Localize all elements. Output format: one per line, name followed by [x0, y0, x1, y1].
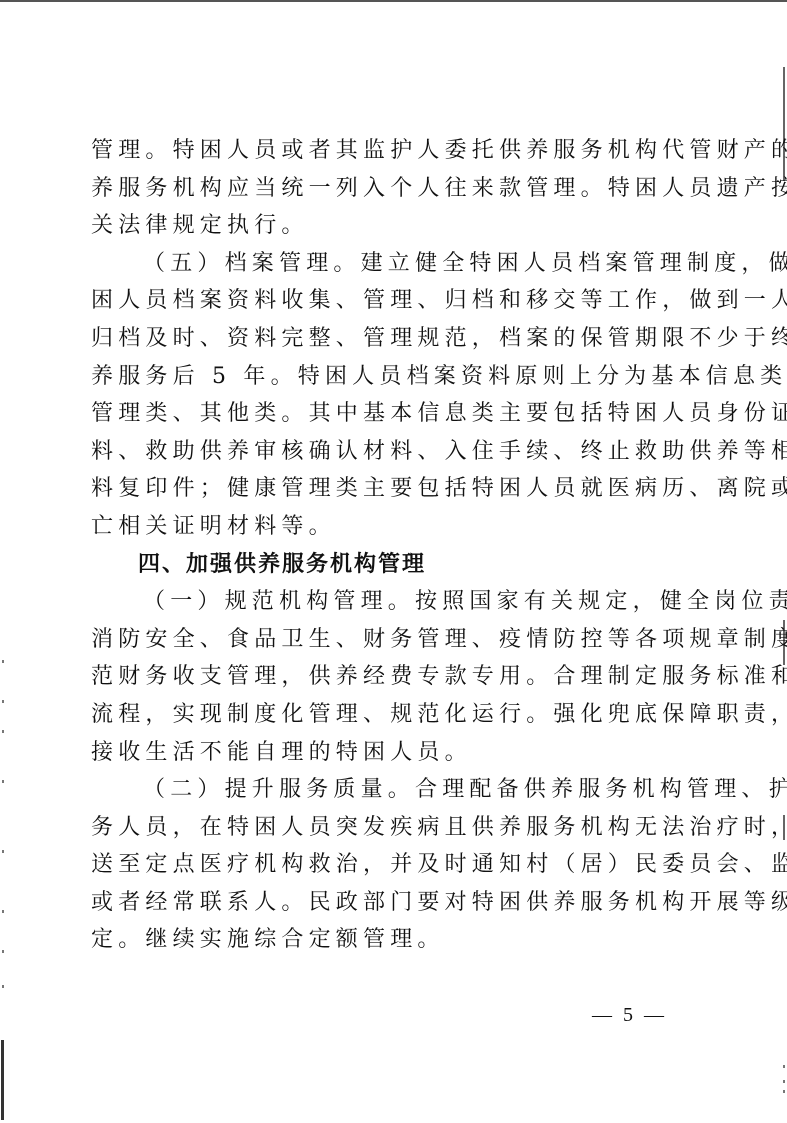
scan-top-edge — [0, 0, 787, 2]
scan-left-edge-dot — [2, 780, 4, 783]
scan-left-edge-dot — [2, 730, 4, 733]
page-number: — 5 — — [592, 1004, 667, 1027]
text-line: 亡相关证明材料等。 — [91, 508, 691, 546]
text-line: 定。继续实施综合定额管理。 — [91, 921, 691, 959]
text-line: 接收生活不能自理的特困人员。 — [91, 734, 691, 772]
scan-left-edge-dot — [2, 850, 4, 853]
text-line: 流程，实现制度化管理、规范化运行。强化兜底保障职责，优先 — [91, 696, 691, 734]
paragraph-one-institution-management: （一）规范机构管理。按照国家有关规定，健全岗位责任、 — [91, 583, 691, 621]
text-line: 管理类、其他类。其中基本信息类主要包括特困人员身份证明材 — [91, 395, 691, 433]
text-line: 消防安全、食品卫生、财务管理、疫情防控等各项规章制度。规 — [91, 621, 691, 659]
scan-left-edge-dot — [2, 910, 4, 913]
scan-right-edge-dot — [783, 1080, 785, 1083]
document-page: 管理。特困人员或者其监护人委托供养服务机构代管财产的，供 养服务机构应当统一列入… — [0, 0, 787, 1123]
scan-right-edge-dot — [783, 1065, 785, 1068]
text-line: 送至定点医疗机构救治，并及时通知村（居）民委员会、监护人 — [91, 846, 691, 884]
text-line: 料复印件；健康管理类主要包括特困人员就医病历、离院或者死 — [91, 470, 691, 508]
scan-right-edge-mark — [783, 67, 785, 181]
text-line: 范财务收支管理，供养经费专款专用。合理制定服务标准和工作 — [91, 658, 691, 696]
text-line: 养服务机构应当统一列入个人往来款管理。特困人员遗产按照有 — [91, 170, 691, 208]
scan-left-edge-dot — [2, 950, 4, 953]
text-line: 养服务后 5 年。特困人员档案资料原则上分为基本信息类、健康 — [91, 358, 691, 396]
scan-left-edge-dot — [2, 985, 4, 988]
text-line: 料、救助供养审核确认材料、入住手续、终止救助供养等相关材 — [91, 433, 691, 471]
text-line: 困人员档案资料收集、管理、归档和移交等工作，做到一人一档、 — [91, 282, 691, 320]
scan-left-edge-dot — [2, 660, 4, 663]
paragraph-two-service-quality: （二）提升服务质量。合理配备供养服务机构管理、护理服 — [91, 771, 691, 809]
text-line: 关法律规定执行。 — [91, 207, 691, 245]
text-line: 管理。特困人员或者其监护人委托供养服务机构代管财产的，供 — [91, 132, 691, 170]
text-line: 务人员，在特困人员突发疾病且供养服务机构无法治疗时，立即 — [91, 809, 691, 847]
scan-left-edge-dot — [2, 700, 4, 703]
scan-right-edge-dot — [783, 1090, 785, 1093]
section-heading-four: 四、加强供养服务机构管理 — [91, 546, 691, 584]
text-line: 归档及时、资料完整、管理规范，档案的保管期限不少于终止供 — [91, 320, 691, 358]
paragraph-five-archive-management: （五）档案管理。建立健全特困人员档案管理制度，做好特 — [91, 245, 691, 283]
scan-left-edge-mark — [1, 1040, 4, 1120]
text-line: 或者经常联系人。民政部门要对特困供养服务机构开展等级评 — [91, 884, 691, 922]
body-text: 管理。特困人员或者其监护人委托供养服务机构代管财产的，供 养服务机构应当统一列入… — [91, 132, 691, 959]
